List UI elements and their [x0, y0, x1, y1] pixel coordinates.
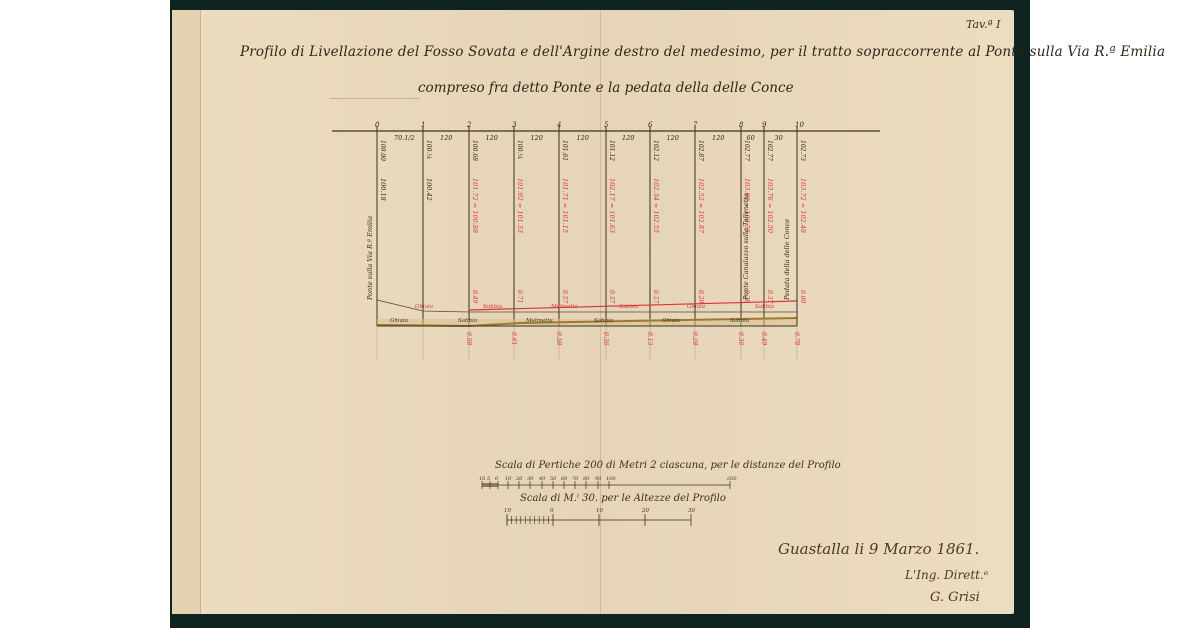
- signature-role: L'Ing. Dirett.ᵉ: [905, 568, 988, 582]
- scale-tick-label: 20: [515, 476, 523, 482]
- bed-label: Sabbia: [458, 318, 477, 324]
- distance-label: 120: [531, 134, 543, 142]
- scale-tick-label: 80: [583, 476, 590, 482]
- svg-text:7: 7: [693, 121, 698, 129]
- svg-text:9: 9: [762, 121, 767, 129]
- svg-text:0: 0: [375, 121, 380, 129]
- distance-label: 120: [440, 134, 452, 142]
- svg-text:0.13: 0.13: [646, 332, 653, 346]
- water-label: Sabbia: [483, 304, 502, 310]
- distance-label: 70.1/2: [394, 134, 415, 142]
- svg-text:102.17 = 101.63: 102.17 = 101.63: [608, 178, 616, 233]
- svg-text:0.36: 0.36: [737, 332, 744, 346]
- svg-text:2: 2: [466, 121, 472, 129]
- svg-text:10: 10: [795, 121, 804, 129]
- svg-text:8: 8: [739, 121, 744, 129]
- svg-text:100.18: 100.18: [379, 178, 387, 201]
- svg-text:0.37: 0.37: [608, 290, 615, 304]
- vertical-note: Pedata della delle Conce: [783, 219, 791, 301]
- svg-text:100.00: 100.00: [379, 140, 386, 161]
- water-label: Sabbia: [619, 304, 638, 310]
- svg-text:5: 5: [604, 121, 609, 129]
- svg-text:0.37: 0.37: [652, 290, 659, 304]
- svg-text:4: 4: [556, 121, 561, 129]
- svg-text:103.76 = 102.50: 103.76 = 102.50: [766, 178, 774, 233]
- vertical-scale-title: Scala di M.ⁱ 30. per le Altezze del Prof…: [520, 493, 726, 504]
- svg-text:100.¼: 100.¼: [516, 140, 523, 159]
- svg-text:102.12: 102.12: [652, 140, 659, 161]
- svg-text:102.34 = 102.55: 102.34 = 102.55: [652, 178, 660, 233]
- scale-tick-label: 10: [596, 508, 603, 514]
- bed-label: Sabbia: [594, 318, 613, 324]
- svg-text:0.58: 0.58: [555, 332, 562, 346]
- distance-label: 120: [486, 134, 498, 142]
- water-label: Melmetta: [550, 304, 578, 310]
- svg-text:102.87: 102.87: [697, 140, 704, 161]
- scale-tick-label: 20: [641, 508, 649, 514]
- svg-text:101.12: 101.12: [608, 140, 615, 161]
- scale-tick-label: 10: [504, 508, 511, 514]
- signature-date: Guastalla li 9 Marzo 1861.: [778, 540, 979, 558]
- scale-tick-label: 30: [527, 476, 534, 482]
- scale-tick-label: 0: [550, 508, 554, 514]
- svg-text:0.57: 0.57: [561, 290, 568, 304]
- scale-tick-label: 40: [538, 476, 546, 482]
- svg-text:101.71 = 101.15: 101.71 = 101.15: [561, 178, 569, 233]
- scale-tick-label: 90: [595, 476, 602, 482]
- scale-tick-label: 200: [726, 476, 737, 482]
- scale-tick-label: 60: [561, 476, 568, 482]
- distance-label: 30: [775, 134, 783, 142]
- distance-label: 120: [577, 134, 589, 142]
- svg-text:102.52 = 102.87: 102.52 = 102.87: [697, 178, 705, 234]
- svg-text:0.00: 0.00: [799, 290, 806, 304]
- scale-tick-label: 5: [487, 476, 490, 482]
- svg-text:100.68: 100.68: [471, 140, 478, 161]
- vertical-note: Ponte sulla Via R.ª Emilia: [366, 216, 374, 301]
- svg-text:101.61: 101.61: [561, 140, 568, 161]
- svg-text:3: 3: [512, 121, 517, 129]
- horizontal-scale-title: Scala di Pertiche 200 di Metri 2 ciascun…: [495, 460, 841, 471]
- bed-label: Ghiaia: [662, 318, 680, 324]
- vertical-note: Ponte Canalazzo sulla Tallenetta: [742, 193, 750, 301]
- distance-label: 120: [667, 134, 679, 142]
- water-label: Ghiaia: [687, 304, 705, 310]
- svg-text:0.58: 0.58: [465, 332, 472, 346]
- svg-text:0.28: 0.28: [691, 332, 698, 346]
- bed-label: Sabbia: [730, 318, 749, 324]
- svg-text:100.¼: 100.¼: [425, 140, 432, 159]
- scale-tick-label: 30: [688, 508, 695, 514]
- svg-text:6: 6: [648, 121, 653, 129]
- levelling-profile-drawing: 0100.00100.1870.1/21100.¼100.421202100.6…: [0, 0, 1200, 628]
- svg-text:0.49: 0.49: [760, 332, 767, 346]
- svg-text:100.42: 100.42: [425, 178, 433, 201]
- svg-text:1: 1: [421, 121, 425, 129]
- scale-tick-label: 100: [606, 476, 616, 482]
- scale-tick-label: 10: [479, 476, 486, 482]
- scale-tick-label: 10: [505, 476, 512, 482]
- svg-text:0.78: 0.78: [793, 332, 800, 346]
- svg-text:101.72 = 100.88: 101.72 = 100.88: [471, 178, 479, 233]
- distance-label: 120: [622, 134, 634, 142]
- scale-tick-label: 50: [550, 476, 557, 482]
- svg-text:102.73: 102.73: [799, 140, 806, 161]
- svg-text:0.49: 0.49: [471, 290, 478, 304]
- svg-text:103.72 = 102.48: 103.72 = 102.48: [799, 178, 807, 233]
- signature-name: G. Grisi: [930, 590, 980, 605]
- svg-text:102.77: 102.77: [743, 140, 750, 161]
- water-label: Sabbia: [755, 304, 774, 310]
- water-label: Ghiaia: [415, 304, 433, 310]
- svg-text:0.61: 0.61: [510, 332, 517, 345]
- bed-label: Ghiaia: [390, 318, 408, 324]
- distance-label: 60: [747, 134, 755, 142]
- scale-tick-label: 70: [572, 476, 579, 482]
- svg-text:102.77: 102.77: [766, 140, 773, 161]
- svg-text:0.71: 0.71: [516, 290, 523, 303]
- bed-label: Melmetta: [525, 318, 553, 324]
- scale-tick-label: 0: [495, 476, 499, 482]
- svg-text:101.92 = 101.33: 101.92 = 101.33: [516, 178, 524, 233]
- distance-label: 120: [712, 134, 724, 142]
- svg-text:0.36: 0.36: [602, 332, 609, 346]
- svg-text:0.20: 0.20: [697, 290, 704, 304]
